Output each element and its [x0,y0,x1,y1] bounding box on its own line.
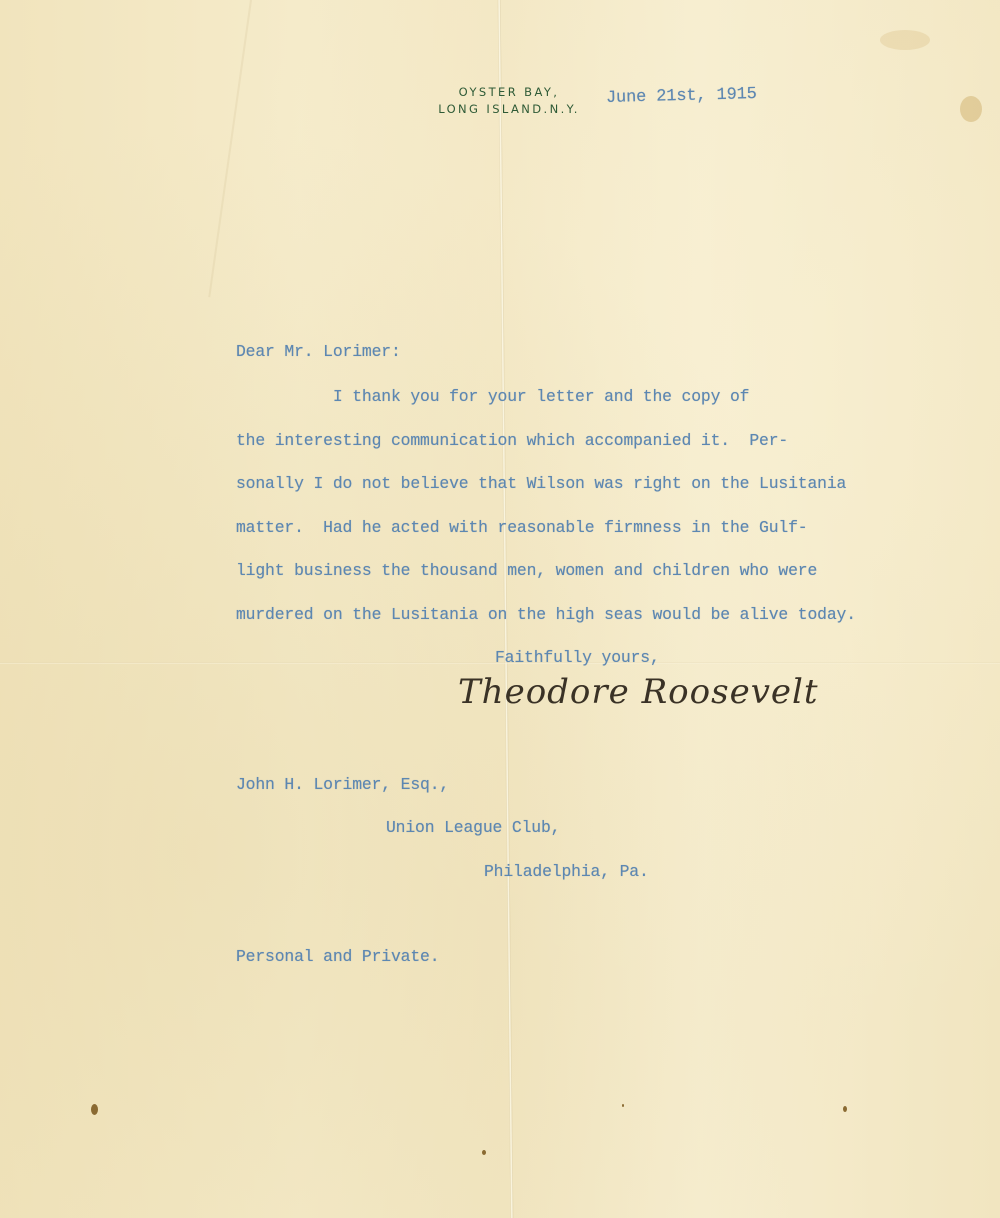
letter-date: June 21st, 1915 [606,85,757,108]
handwritten-signature: Theodore Roosevelt [458,672,998,742]
letter-page: OYSTER BAY, LONG ISLAND.N.Y. June 21st, … [0,0,1000,1218]
closing: Faithfully yours, [495,648,660,667]
body-line: matter. Had he acted with reasonable fir… [236,518,807,537]
body-line: murdered on the Lusitania on the high se… [236,605,856,624]
body-line: light business the thousand men, women a… [236,561,817,580]
paper-crease [208,0,252,297]
letterhead: OYSTER BAY, LONG ISLAND.N.Y. [418,84,600,118]
body-line: the interesting communication which acco… [236,431,788,450]
letterhead-line-1: OYSTER BAY, [418,84,600,101]
personal-note: Personal and Private. [236,947,439,966]
paper-stain [880,30,930,50]
paper-spot [91,1104,98,1115]
paper-spot [482,1150,486,1155]
paper-spot [843,1106,847,1112]
recipient-name: John H. Lorimer, Esq., [236,775,449,794]
paper-spot [622,1104,624,1107]
recipient-club: Union League Club, [386,818,560,837]
signature-text: Theodore Roosevelt [458,672,819,712]
letterhead-line-2: LONG ISLAND.N.Y. [418,101,600,118]
recipient-city: Philadelphia, Pa. [484,862,649,881]
body-line: sonally I do not believe that Wilson was… [236,474,846,493]
salutation: Dear Mr. Lorimer: [236,342,401,361]
paper-stain [960,96,982,122]
body-line: I thank you for your letter and the copy… [236,387,749,406]
